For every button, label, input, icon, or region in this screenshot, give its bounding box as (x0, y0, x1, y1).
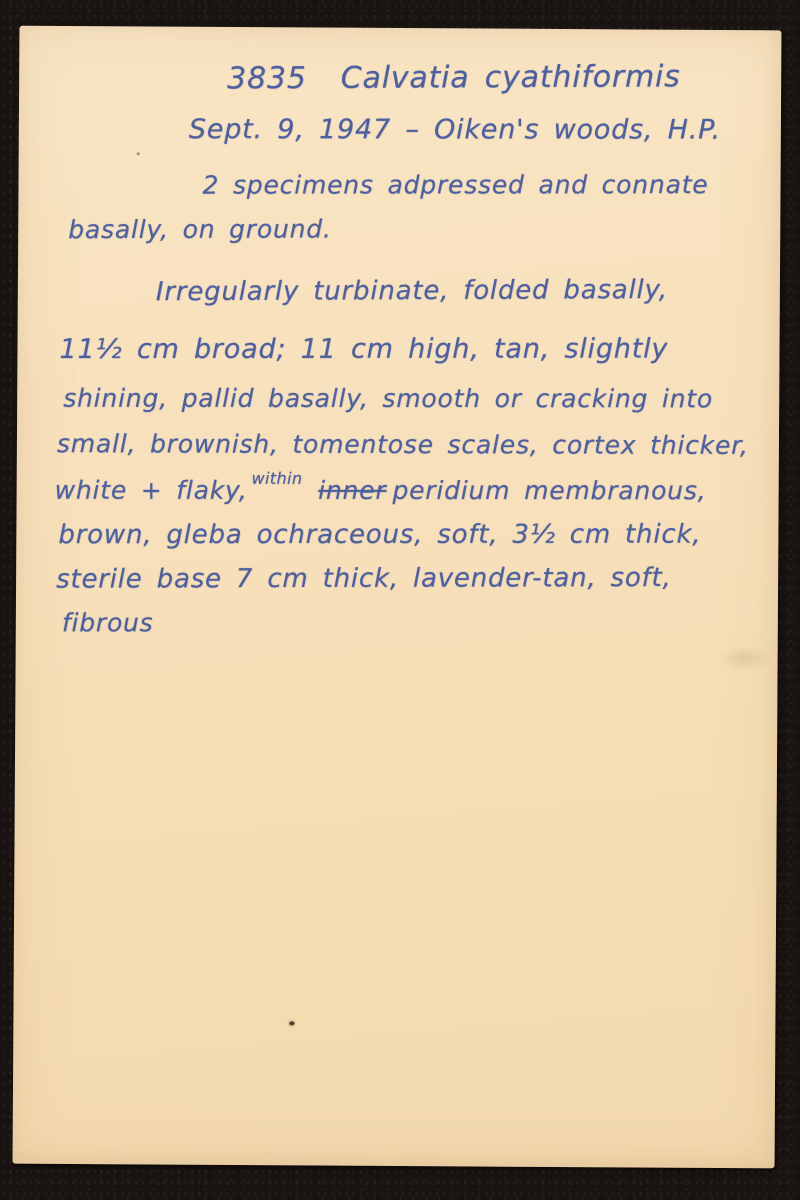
handwritten-line: 2 specimens adpressed and connate (203, 170, 709, 199)
inserted-word: within (251, 469, 302, 488)
date-location-line: Sept. 9, 1947 – Oiken's woods, H.P. (189, 114, 721, 145)
handwritten-line: 11½ cm broad; 11 cm high, tan, slightly (59, 334, 668, 366)
index-card: 3835Calvatia cyathiformis Sept. 9, 1947 … (13, 26, 782, 1169)
handwritten-line: shining, pallid basally, smooth or crack… (63, 384, 713, 414)
handwritten-line: small, brownish, tomentose scales, corte… (57, 429, 749, 460)
handwritten-line-with-correction: white + flaky,within innerperidium membr… (55, 476, 707, 506)
handwritten-line: brown, gleba ochraceous, soft, 3½ cm thi… (58, 520, 701, 551)
species-name: Calvatia cyathiformis (341, 59, 681, 95)
handwritten-line: fibrous (62, 608, 154, 637)
handwritten-line: sterile base 7 cm thick, lavender-tan, s… (56, 563, 671, 595)
ink-speck (137, 152, 140, 155)
handwritten-line: basally, on ground. (68, 214, 331, 244)
correction-pre-text: white + flaky, (55, 476, 248, 505)
correction-post-text: peridium membranous, (392, 476, 706, 505)
handwritten-line: Irregularly turbinate, folded basally, (156, 275, 668, 307)
header-line: 3835Calvatia cyathiformis (227, 59, 681, 96)
paper-smudge (716, 645, 774, 671)
specimen-number: 3835 (227, 61, 307, 96)
struck-word: inner (318, 476, 386, 505)
ink-speck (289, 1021, 294, 1025)
